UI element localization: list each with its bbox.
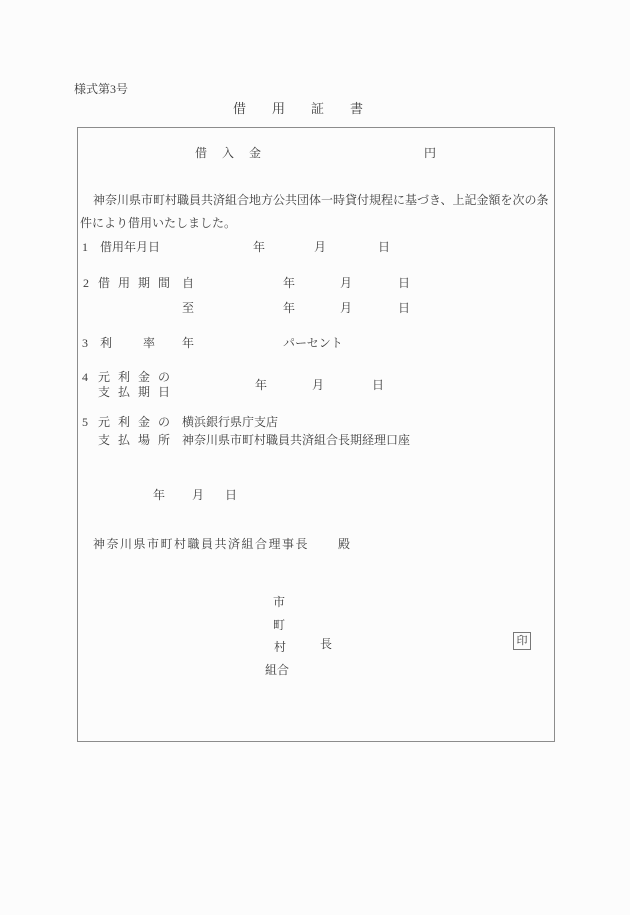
item2-to-label: 至 xyxy=(182,301,194,315)
item5-number: 5 xyxy=(82,415,88,429)
item2-to-month-label: 月 xyxy=(340,301,352,315)
addressee-name: 神奈川県市町村職員共済組合理事長 xyxy=(93,537,309,551)
yen-unit-label: 円 xyxy=(424,146,436,160)
item3-number: 3 xyxy=(82,336,88,350)
item5-account-value: 神奈川県市町村職員共済組合長期経理口座 xyxy=(182,433,410,447)
item4-number: 4 xyxy=(82,370,88,384)
item1-month-label: 月 xyxy=(314,240,326,254)
item2-from-year-label: 年 xyxy=(283,276,295,290)
borrowed-amount-label: 借入金 xyxy=(195,146,276,160)
signature-entity-association: 組合 xyxy=(265,663,289,677)
item5-label-line2: 支払場所 xyxy=(98,433,178,447)
seal-mark-box: 印 xyxy=(513,632,531,650)
form-number: 様式第3号 xyxy=(74,82,128,96)
document-title: 借用証書 xyxy=(233,102,389,116)
signature-head-suffix: 長 xyxy=(320,637,332,651)
item4-month-label: 月 xyxy=(312,378,324,392)
item1-label-borrow-date: 借用年月日 xyxy=(100,240,160,254)
item1-day-label: 日 xyxy=(378,240,390,254)
item3-label-interest-char2: 率 xyxy=(143,336,155,350)
item2-to-year-label: 年 xyxy=(283,301,295,315)
date-line-year-label: 年 xyxy=(153,488,165,502)
seal-mark-character: 印 xyxy=(517,636,528,647)
loan-certificate-document: 様式第3号 借用証書 借入金 円 神奈川県市町村職員共済組合地方公共団体一時貸付… xyxy=(0,0,630,915)
item5-bank-branch-value: 横浜銀行県庁支店 xyxy=(182,415,278,429)
item1-year-label: 年 xyxy=(253,240,265,254)
item4-label-line1: 元利金の xyxy=(98,370,178,384)
item4-label-line2: 支払期日 xyxy=(98,385,178,399)
signature-entity-village: 村 xyxy=(274,640,286,654)
item2-from-month-label: 月 xyxy=(340,276,352,290)
item1-number: 1 xyxy=(82,240,88,254)
date-line-month-label: 月 xyxy=(192,488,204,502)
signature-entity-city: 市 xyxy=(273,595,285,609)
item2-number: 2 xyxy=(83,276,89,290)
preamble-line-2: 件により借用いたしました。 xyxy=(80,216,236,230)
item3-per-year-label: 年 xyxy=(182,336,194,350)
item2-from-day-label: 日 xyxy=(398,276,410,290)
preamble-line-1: 神奈川県市町村職員共済組合地方公共団体一時貸付規程に基づき、上記金額を次の条 xyxy=(93,193,549,207)
item4-year-label: 年 xyxy=(255,378,267,392)
item2-to-day-label: 日 xyxy=(398,301,410,315)
item3-percent-label: パーセント xyxy=(283,336,343,350)
item3-label-interest-char1: 利 xyxy=(100,336,112,350)
item5-label-line1: 元利金の xyxy=(98,415,178,429)
item2-label-borrow-period: 借用期間 xyxy=(98,276,178,290)
signature-entity-town: 町 xyxy=(273,618,285,632)
item4-day-label: 日 xyxy=(372,378,384,392)
addressee-honorific: 殿 xyxy=(338,537,350,551)
date-line-day-label: 日 xyxy=(225,488,237,502)
item2-from-label: 自 xyxy=(182,276,194,290)
